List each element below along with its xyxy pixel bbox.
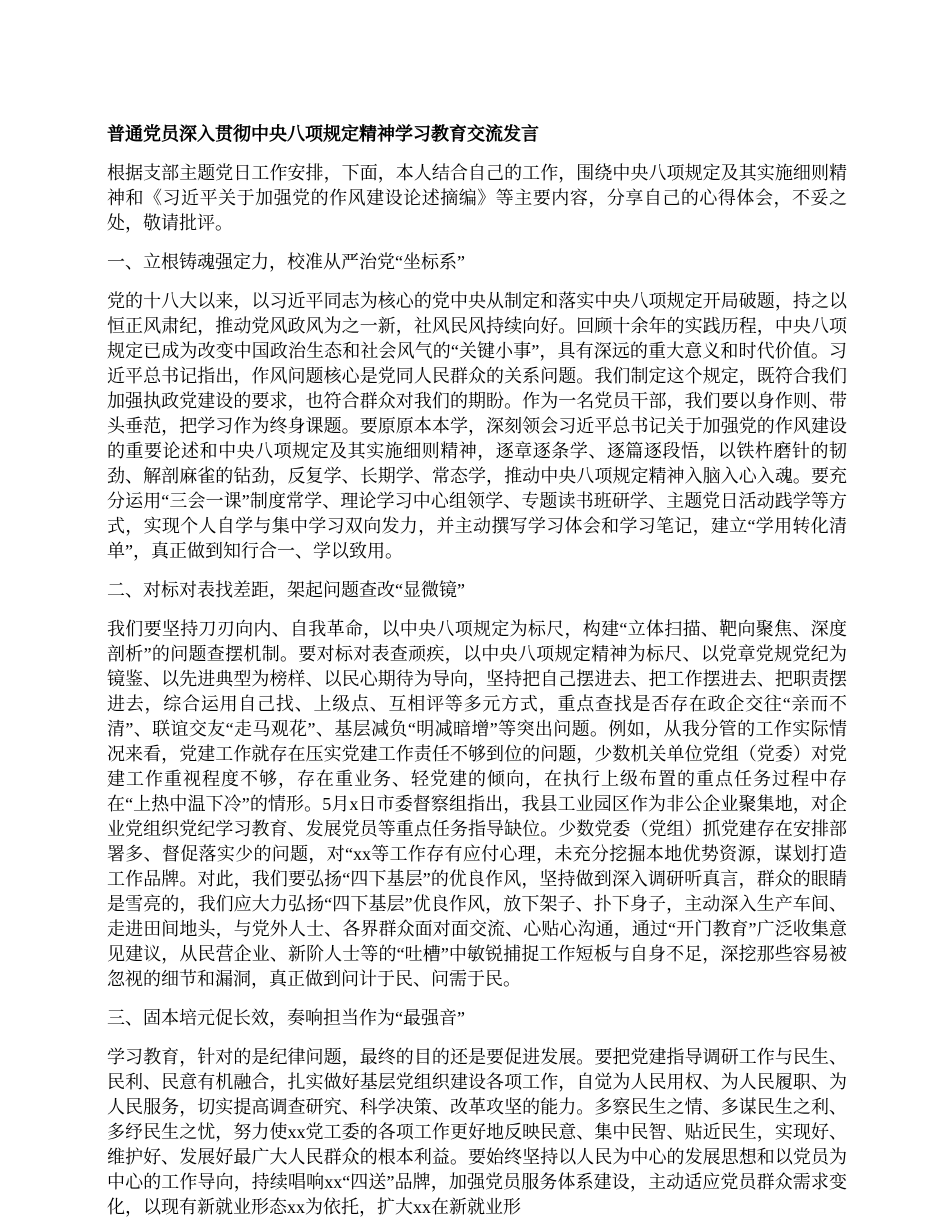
section-1-body: 党的十八大以来，以习近平同志为核心的党中央从制定和落实中央八项规定开局破题，持之…	[107, 289, 847, 564]
section-heading-3: 三、固本培元促长效，奏响担当作为“最强音”	[107, 1006, 847, 1031]
document-body: 普通党员深入贯彻中央八项规定精神学习教育交流发言 根据支部主题党日工作安排，下面…	[107, 122, 847, 1220]
section-heading-1: 一、立根铸魂强定力，校准从严治党“坐标系”	[107, 250, 847, 275]
document-title: 普通党员深入贯彻中央八项规定精神学习教育交流发言	[107, 122, 847, 147]
section-2-body: 我们要坚持刀刃向内、自我革命，以中央八项规定为标尺，构建“立体扫描、靶向聚焦、深…	[107, 617, 847, 992]
section-3-body: 学习教育，针对的是纪律问题，最终的目的还是要促进发展。要把党建指导调研工作与民生…	[107, 1045, 847, 1220]
intro-paragraph: 根据支部主题党日工作安排，下面，本人结合自己的工作，围绕中央八项规定及其实施细则…	[107, 161, 847, 236]
document-page: 普通党员深入贯彻中央八项规定精神学习教育交流发言 根据支部主题党日工作安排，下面…	[0, 0, 950, 1230]
section-heading-2: 二、对标对表找差距，架起问题查改“显微镜”	[107, 578, 847, 603]
